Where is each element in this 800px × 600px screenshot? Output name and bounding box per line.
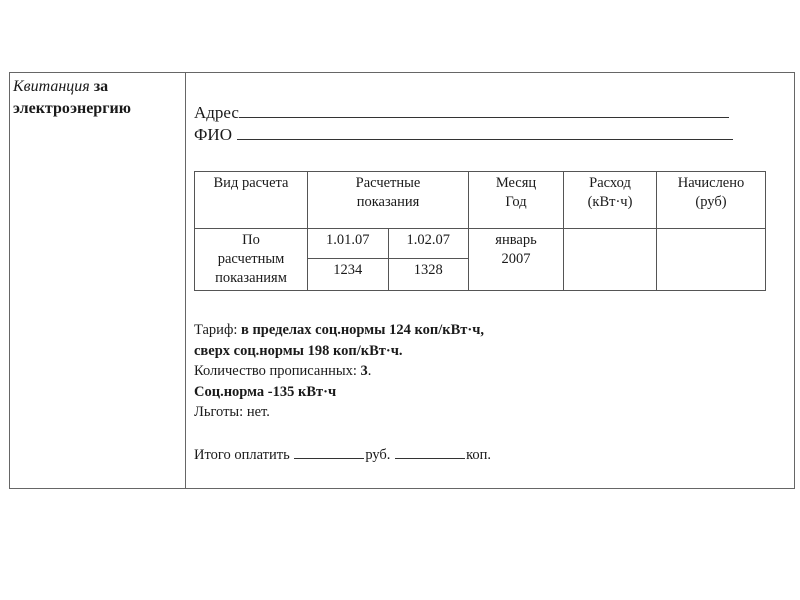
cell-reading-start: 1234 <box>308 259 389 291</box>
readings-table: Вид расчета Расчетныепоказания МесяцГод … <box>194 171 766 291</box>
fio-label: ФИО <box>194 125 232 144</box>
rub-label: руб. <box>365 447 390 463</box>
title-bold-za: за <box>94 78 108 95</box>
address-field: Адрес <box>194 103 729 123</box>
cell-charged[interactable] <box>657 229 766 291</box>
cell-date-end: 1.02.07 <box>388 229 469 259</box>
title-italic: Квитанция <box>13 78 90 95</box>
social-norm: Соц.норма -135 кВт·ч <box>194 382 484 403</box>
fio-field: ФИО <box>194 125 733 145</box>
total-to-pay: Итого оплатить руб. коп. <box>194 446 491 464</box>
total-label: Итого оплатить <box>194 447 290 463</box>
tariff-line-1: Тариф: в пределах соц.нормы 124 коп/кВт·… <box>194 320 484 341</box>
table-header-row: Вид расчета Расчетныепоказания МесяцГод … <box>195 172 766 229</box>
receipt-title: Квитанция за электроэнергию <box>13 76 183 120</box>
registered-count: Количество прописанных: 3. <box>194 361 484 382</box>
tariff-info: Тариф: в пределах соц.нормы 124 коп/кВт·… <box>194 320 484 423</box>
cell-calc-type: Порасчетнымпоказаниям <box>195 229 308 291</box>
tariff-line-2: сверх соц.нормы 198 коп/кВт·ч. <box>194 341 484 362</box>
column-divider <box>185 72 186 489</box>
kop-label: коп. <box>466 447 491 463</box>
header-charged: Начислено(руб) <box>657 172 766 229</box>
cell-month-year: январь2007 <box>469 229 564 291</box>
rub-blank[interactable] <box>294 446 364 459</box>
kop-blank[interactable] <box>395 446 465 459</box>
benefits: Льготы: нет. <box>194 402 484 423</box>
header-month: МесяцГод <box>469 172 564 229</box>
header-readings: Расчетныепоказания <box>308 172 469 229</box>
address-label: Адрес <box>194 103 239 122</box>
cell-reading-end: 1328 <box>388 259 469 291</box>
address-blank-line[interactable] <box>239 103 729 118</box>
table-row: Порасчетнымпоказаниям 1.01.07 1.02.07 ян… <box>195 229 766 259</box>
cell-date-start: 1.01.07 <box>308 229 389 259</box>
title-bold-electricity: электроэнергию <box>13 100 131 117</box>
header-calc-type: Вид расчета <box>195 172 308 229</box>
cell-usage[interactable] <box>564 229 657 291</box>
fio-blank-line[interactable] <box>237 125 733 140</box>
header-usage: Расход(кВт·ч) <box>564 172 657 229</box>
